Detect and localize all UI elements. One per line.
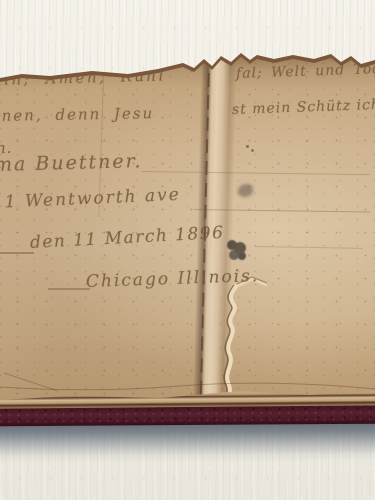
handwriting-line-2-left: nnen, denn Jesu bbox=[0, 104, 154, 125]
ink-speck bbox=[251, 149, 254, 152]
photo-open-diary: hin; Amen, Ruhl fal; Welt und Tod nnen, … bbox=[0, 0, 375, 500]
open-pages: hin; Amen, Ruhl fal; Welt und Tod nnen, … bbox=[0, 55, 375, 407]
pencil-rule-before-date bbox=[0, 252, 34, 254]
pencil-rule-before-city bbox=[48, 288, 90, 290]
ink-blot-on-year bbox=[227, 240, 237, 250]
ink-speck bbox=[246, 145, 249, 148]
handwriting-name-line: ma Buettner. bbox=[0, 150, 143, 176]
